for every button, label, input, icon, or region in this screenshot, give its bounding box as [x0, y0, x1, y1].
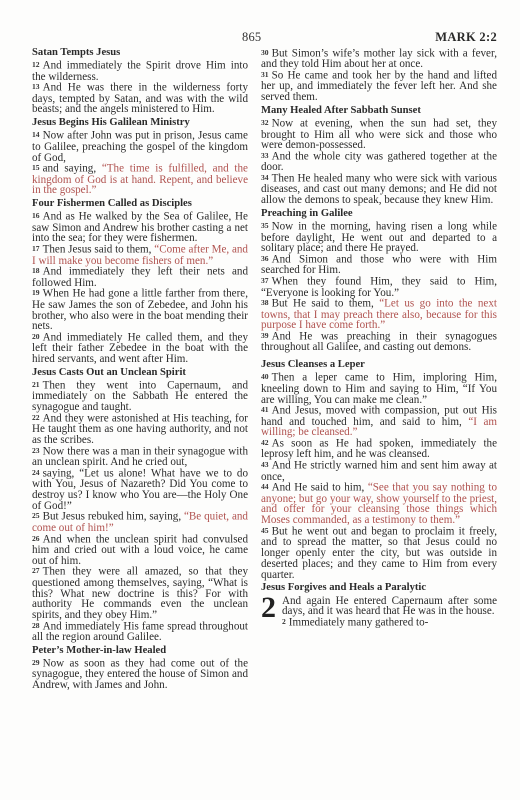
- verse-text: And immediately His fame spread througho…: [32, 620, 248, 643]
- verse-number: 28: [32, 621, 40, 630]
- verse-number: 40: [261, 372, 269, 381]
- verse: 41And Jesus, moved with compassion, put …: [261, 405, 497, 438]
- left-column: Satan Tempts Jesus 12And immediately the…: [32, 48, 248, 691]
- verse: 15and saying, “The time is fulfilled, an…: [32, 163, 248, 196]
- section-heading: Preaching in Galilee: [261, 209, 497, 220]
- verse: 13And He was there in the wilderness for…: [32, 82, 248, 115]
- verse-number: 19: [32, 288, 40, 297]
- verse: 45But he went out and began to proclaim …: [261, 526, 497, 580]
- verse-text: And as He walked by the Sea of Galilee, …: [32, 211, 248, 245]
- verse-number: 45: [261, 526, 269, 535]
- verse: 32Now at evening, when the sun had set, …: [261, 118, 497, 151]
- verse-text: So He came and took her by the hand and …: [261, 70, 497, 104]
- verse: 36And Simon and those who were with Him …: [261, 254, 497, 276]
- verse-number: 22: [32, 413, 40, 422]
- page-header: 865 MARK 2:2: [32, 30, 497, 44]
- verse: 34Then He healed many who were sick with…: [261, 173, 497, 206]
- verse-text: And He was there in the wilderness forty…: [32, 82, 248, 116]
- verse-number: 44: [261, 482, 269, 491]
- verse: 26And when the unclean spirit had convul…: [32, 534, 248, 567]
- verse-text: Then a leper came to Him, imploring Him,…: [261, 372, 497, 406]
- section-heading: Jesus Casts Out an Unclean Spirit: [32, 368, 248, 379]
- verse: 22And they were astonished at His teachi…: [32, 413, 248, 446]
- verse-text: Now as soon as they had come out of the …: [32, 658, 248, 692]
- verse-number: 36: [261, 254, 269, 263]
- verse: 27Then they were all amazed, so that the…: [32, 566, 248, 620]
- verse-number: 41: [261, 405, 269, 414]
- verse: 28And immediately His fame spread throug…: [32, 621, 248, 643]
- section-heading: Jesus Forgives and Heals a Paralytic: [261, 583, 497, 594]
- verse: 2Immediately many gathered to-: [261, 617, 497, 628]
- verse-number: 29: [32, 658, 40, 667]
- verse-number: 2: [282, 617, 286, 626]
- verse: 39And He was preaching in their synagogu…: [261, 331, 497, 353]
- verse-number: 12: [32, 60, 40, 69]
- verse-text: When they found Him, they said to Him, “…: [261, 276, 497, 299]
- verse-text: saying, “Let us alone! What have we to d…: [32, 467, 248, 511]
- chapter-opening-verse: 2And again He entered Capernaum after so…: [261, 596, 497, 618]
- verse-text: And again He entered Capernaum after som…: [282, 595, 497, 618]
- verse-number: 15: [32, 163, 40, 172]
- verse-text: And He was preaching in their synagogues…: [261, 331, 497, 354]
- verse-text: And immediately they left their nets and…: [32, 266, 248, 289]
- verse-text: Now in the morning, having risen a long …: [261, 221, 497, 255]
- verse-text: Then He healed many who were sick with v…: [261, 173, 497, 207]
- verse-text: As soon as He had spoken, immediately th…: [261, 438, 497, 461]
- running-head: MARK 2:2: [435, 30, 497, 45]
- verse-number: 25: [32, 511, 40, 520]
- verse-text: And He strictly warned him and sent him …: [261, 460, 497, 483]
- verse: 25But Jesus rebuked him, saying, “Be qui…: [32, 511, 248, 533]
- verse-text: Now at evening, when the sun had set, th…: [261, 118, 497, 152]
- verse: 37When they found Him, they said to Him,…: [261, 276, 497, 298]
- verse: 12And immediately the Spirit drove Him i…: [32, 60, 248, 82]
- verse: 44And He said to him, “See that you say …: [261, 482, 497, 526]
- verse-number: 35: [261, 221, 269, 230]
- verse-text: Then they were all amazed, so that they …: [32, 566, 248, 621]
- verse-number: 24: [32, 468, 40, 477]
- verse: 19When He had gone a little farther from…: [32, 288, 248, 332]
- verse-number: 26: [32, 534, 40, 543]
- verse-text: But Simon’s wife’s mother lay sick with …: [261, 48, 497, 71]
- verse: 24saying, “Let us alone! What have we to…: [32, 468, 248, 512]
- verse-text: And the whole city was gathered together…: [261, 151, 497, 174]
- verse-number: 43: [261, 460, 269, 469]
- verse-number: 18: [32, 266, 40, 275]
- verse-number: 42: [261, 438, 269, 447]
- verse-number: 39: [261, 331, 269, 340]
- verse-text: And immediately the Spirit drove Him int…: [32, 60, 248, 83]
- section-heading: Jesus Cleanses a Leper: [261, 360, 497, 371]
- verse-number: 33: [261, 151, 269, 160]
- verse: 20And immediately He called them, and th…: [32, 332, 248, 365]
- verse: 42As soon as He had spoken, immediately …: [261, 438, 497, 460]
- verse-text: Now after John was put in prison, Jesus …: [32, 130, 248, 164]
- verse: 31So He came and took her by the hand an…: [261, 70, 497, 103]
- verse: 30But Simon’s wife’s mother lay sick wit…: [261, 48, 497, 70]
- right-column: 30But Simon’s wife’s mother lay sick wit…: [261, 48, 497, 628]
- verse-text: Now there was a man in their synagogue w…: [32, 445, 248, 468]
- verse-number: 32: [261, 118, 269, 127]
- verse-number: 38: [261, 298, 269, 307]
- verse: 17Then Jesus said to them, “Come after M…: [32, 244, 248, 266]
- verse: 23Now there was a man in their synagogue…: [32, 446, 248, 468]
- verse-number: 14: [32, 130, 40, 139]
- verse: 35Now in the morning, having risen a lon…: [261, 221, 497, 254]
- verse-number: 31: [261, 70, 269, 79]
- verse-number: 37: [261, 276, 269, 285]
- verse-number: 13: [32, 82, 40, 91]
- verse-number: 30: [261, 48, 269, 57]
- verse: 14Now after John was put in prison, Jesu…: [32, 130, 248, 163]
- verse: 38But He said to them, “Let us go into t…: [261, 298, 497, 331]
- section-heading: Four Fishermen Called as Disciples: [32, 199, 248, 210]
- verse-number: 16: [32, 211, 40, 220]
- section-heading: Peter’s Mother-in-law Healed: [32, 646, 248, 657]
- verse: 43And He strictly warned him and sent hi…: [261, 460, 497, 482]
- verse-number: 21: [32, 380, 40, 389]
- verse: 18And immediately they left their nets a…: [32, 266, 248, 288]
- verse-text: And they were astonished at His teaching…: [32, 413, 248, 447]
- page-number: 865: [242, 30, 261, 45]
- verse-number: 20: [32, 332, 40, 341]
- section-heading: Satan Tempts Jesus: [32, 48, 248, 59]
- verse-number: 23: [32, 446, 40, 455]
- verse-text: And Simon and those who were with Him se…: [261, 254, 497, 277]
- verse-text: And Jesus, moved with compassion, put ou…: [261, 405, 497, 428]
- verse-text: And immediately He called them, and they…: [32, 332, 248, 366]
- verse: 16And as He walked by the Sea of Galilee…: [32, 211, 248, 244]
- verse-number: 34: [261, 173, 269, 182]
- chapter-number: 2: [261, 597, 276, 619]
- verse-text: But he went out and began to proclaim it…: [261, 526, 497, 581]
- verse-text: And when the unclean spirit had convulse…: [32, 533, 248, 567]
- verse: 29Now as soon as they had come out of th…: [32, 658, 248, 691]
- verse-text: Then they went into Capernaum, and immed…: [32, 380, 248, 414]
- verse: 40Then a leper came to Him, imploring Hi…: [261, 372, 497, 405]
- verse-number: 17: [32, 244, 40, 253]
- verse: 21Then they went into Capernaum, and imm…: [32, 380, 248, 413]
- section-heading: Jesus Begins His Galilean Ministry: [32, 118, 248, 129]
- verse: 33And the whole city was gathered togeth…: [261, 151, 497, 173]
- verse-text: When He had gone a little farther from t…: [32, 288, 248, 332]
- spacer: [261, 353, 497, 357]
- verse-number: 27: [32, 566, 40, 575]
- verse-text: Immediately many gathered to-: [289, 617, 429, 629]
- section-heading: Many Healed After Sabbath Sunset: [261, 106, 497, 117]
